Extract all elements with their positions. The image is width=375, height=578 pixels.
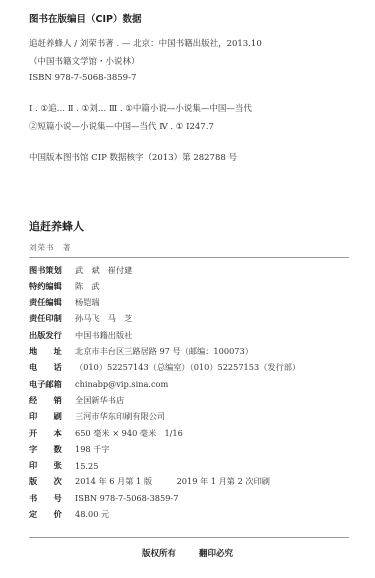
cip-citation: 追赶养蜂人 / 刘荣书著 . — 北京：中国书籍出版社，2013.10 xyxy=(29,37,262,49)
info-label: 电子邮箱 xyxy=(29,379,75,390)
info-label: 版 次 xyxy=(29,476,75,487)
book-author: 刘荣书 著 xyxy=(29,242,72,253)
info-label: 印 张 xyxy=(29,460,75,471)
info-value: 48.00 元 xyxy=(75,509,109,520)
copyright-left: 版权所有 xyxy=(142,549,176,559)
info-row: 电子邮箱chinabp@vip.sina.com xyxy=(29,376,168,392)
info-value: 198 千字 xyxy=(75,444,110,455)
info-row: 地 址北京市丰台区三路居路 97 号（邮编：100073） xyxy=(29,344,253,360)
info-row: 定 价48.00 元 xyxy=(29,507,109,523)
info-label: 经 销 xyxy=(29,395,75,406)
info-label: 书 号 xyxy=(29,493,75,504)
cip-heading: 图书在版编目（CIP）数据 xyxy=(29,11,141,25)
info-value: 中国书籍出版社 xyxy=(75,330,132,341)
cip-classification-1: Ⅰ . ①追… Ⅱ . ①刘… Ⅲ . ①中篇小说—小说集—中国—当代 xyxy=(29,102,252,114)
info-row: 特约编辑陈 武 xyxy=(29,278,100,294)
info-value: 武 斌 崔付建 xyxy=(75,265,132,276)
info-row: 印 刷三河市华东印刷有限公司 xyxy=(29,409,165,425)
cip-record-number: 中国版本图书馆 CIP 数据核字（2013）第 282788 号 xyxy=(29,151,237,163)
info-row: 经 销全国新华书店 xyxy=(29,392,124,408)
info-row: 字 数198 千字 xyxy=(29,441,110,457)
info-label: 责任印制 xyxy=(29,313,75,324)
info-value: 三河市华东印刷有限公司 xyxy=(75,411,165,422)
info-value: （010）52257143（总编室）（010）52257153（发行部） xyxy=(75,362,300,373)
info-label: 责任编辑 xyxy=(29,297,75,308)
copyright-notice: 版权所有 翻印必究 xyxy=(0,547,375,559)
info-value: 2014 年 6 月第 1 版 2019 年 1 月第 2 次印刷 xyxy=(75,476,270,487)
copyright-right: 翻印必究 xyxy=(199,549,233,559)
info-value: 北京市丰台区三路居路 97 号（邮编：100073） xyxy=(75,346,253,357)
info-label: 图书策划 xyxy=(29,265,75,276)
info-value: ISBN 978-7-5068-3859-7 xyxy=(75,493,178,503)
info-value: 陈 武 xyxy=(75,281,100,292)
cip-classification-2: ②短篇小说—小说集—中国—当代 Ⅳ . ① I247.7 xyxy=(29,120,214,132)
bottom-divider xyxy=(29,537,349,538)
info-row: 印 张15.25 xyxy=(29,458,98,474)
top-divider xyxy=(29,257,349,258)
info-value: 15.25 xyxy=(75,461,98,471)
info-row: 书 号ISBN 978-7-5068-3859-7 xyxy=(29,490,178,506)
info-value: 杨铠瑞 xyxy=(75,297,100,308)
book-title: 追赶养蜂人 xyxy=(29,218,84,234)
info-row: 版 次2014 年 6 月第 1 版 2019 年 1 月第 2 次印刷 xyxy=(29,474,270,490)
info-value: 孙马飞 马 芝 xyxy=(75,313,132,324)
info-label: 特约编辑 xyxy=(29,281,75,292)
info-row: 出版发行中国书籍出版社 xyxy=(29,327,132,343)
info-row: 责任印制孙马飞 马 芝 xyxy=(29,311,132,327)
cip-isbn: ISBN 978-7-5068-3859-7 xyxy=(29,73,136,83)
info-row: 图书策划武 斌 崔付建 xyxy=(29,262,132,278)
info-label: 出版发行 xyxy=(29,330,75,341)
info-row: 责任编辑杨铠瑞 xyxy=(29,295,100,311)
info-label: 地 址 xyxy=(29,346,75,357)
info-label: 字 数 xyxy=(29,444,75,455)
info-label: 印 刷 xyxy=(29,411,75,422)
info-value: chinabp@vip.sina.com xyxy=(75,379,168,389)
info-value: 全国新华书店 xyxy=(75,395,124,406)
info-row: 开 本650 毫米 × 940 毫米 1/16 xyxy=(29,425,183,441)
info-value: 650 毫米 × 940 毫米 1/16 xyxy=(75,428,183,439)
cip-series: （中国书籍文学馆・小说林） xyxy=(29,55,140,67)
info-label: 开 本 xyxy=(29,428,75,439)
info-label: 电 话 xyxy=(29,362,75,373)
info-row: 电 话（010）52257143（总编室）（010）52257153（发行部） xyxy=(29,360,300,376)
info-label: 定 价 xyxy=(29,509,75,520)
